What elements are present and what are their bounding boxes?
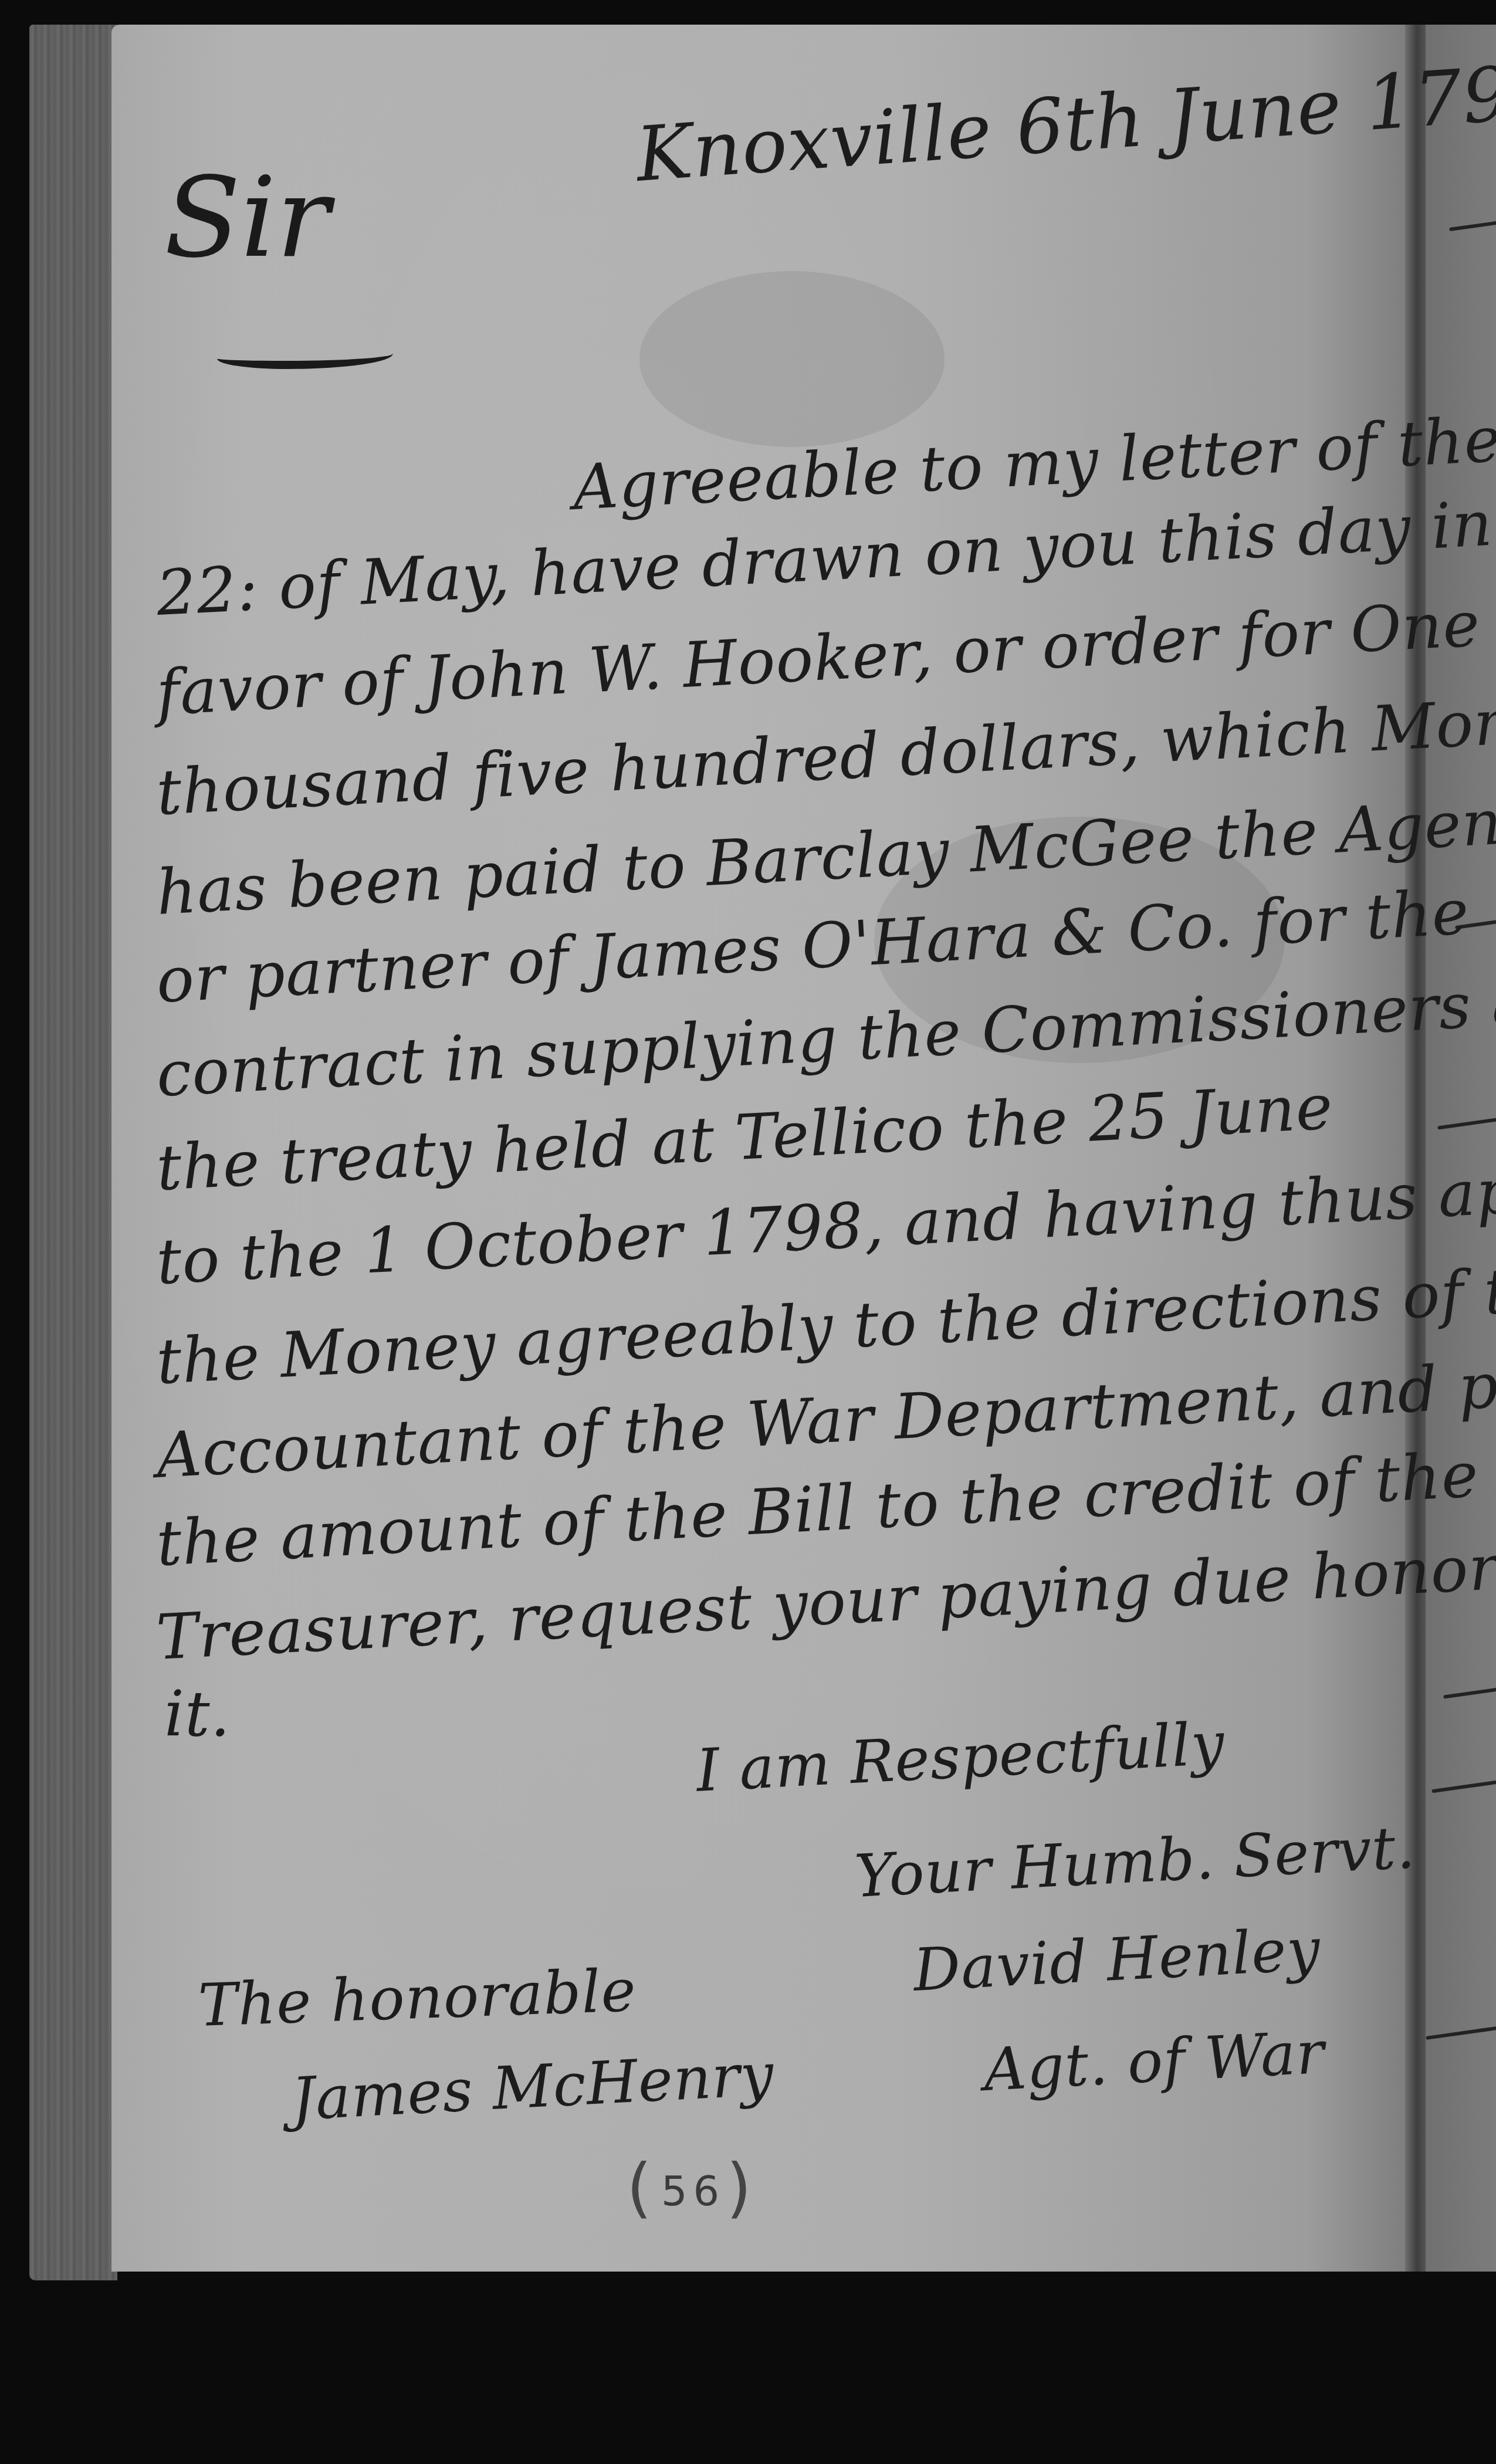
page-number: 56 (627, 2150, 757, 2225)
book-gutter (1405, 25, 1429, 2272)
book-page-edges (29, 25, 117, 2280)
salutation: Sir (164, 153, 330, 282)
paper-stain (639, 271, 945, 447)
body-line-14: it. (164, 1678, 231, 1750)
facing-page (1426, 25, 1496, 2272)
